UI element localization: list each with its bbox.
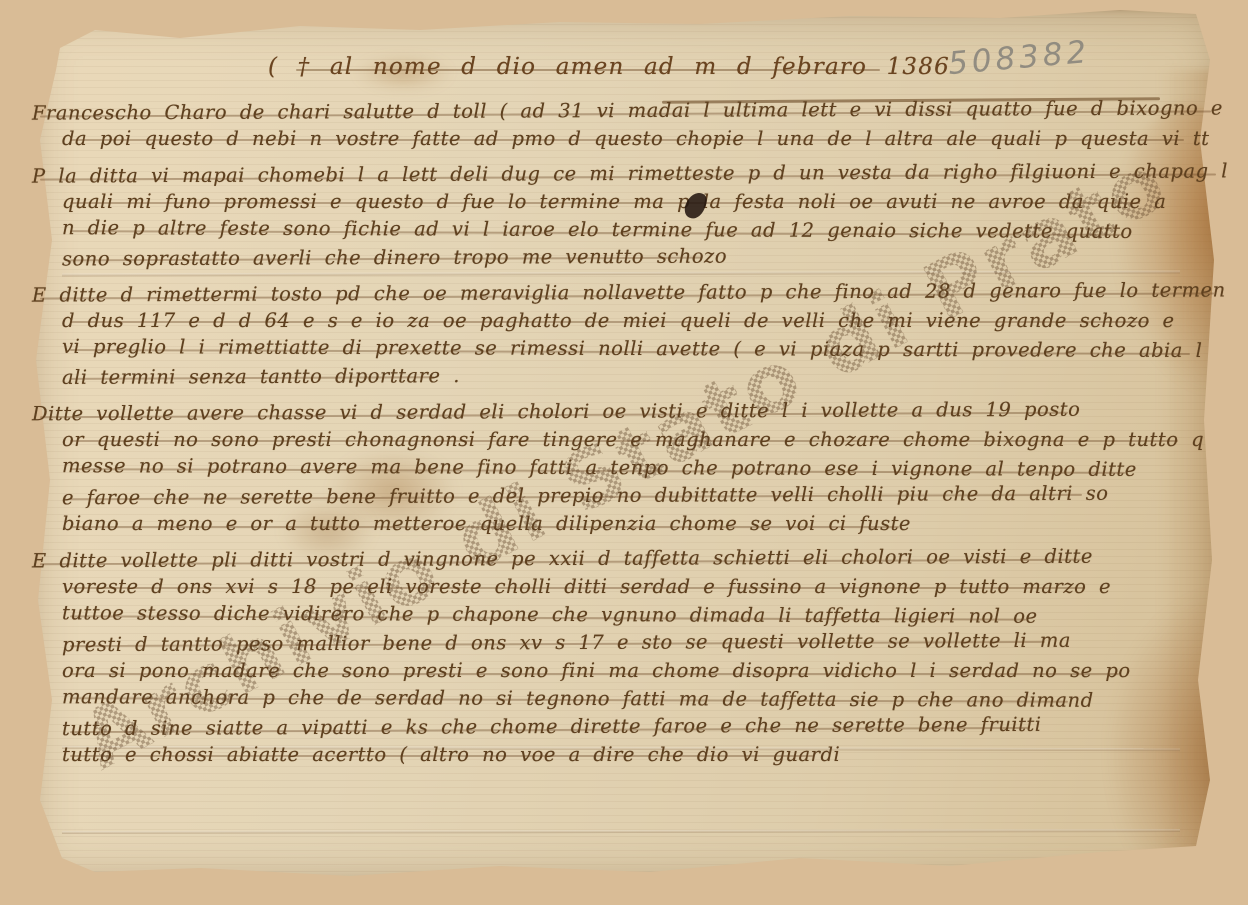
manuscript-line: E ditte vollette pli ditti vostri d ving… [32, 543, 1093, 576]
paragraph: Ditte vollette avere chasse vi d serdad … [32, 398, 1182, 538]
letter-body: Francescho Charo de chari salutte d toll… [32, 97, 1182, 776]
invocation-header: ( † al nome d dio amen ad m d febraro 13… [268, 54, 950, 80]
manuscript-line: n die p altre feste sono fichie ad vi l … [62, 214, 1133, 246]
manuscript-line: voreste d ons xvi s 18 pe eli voreste ch… [62, 573, 1111, 601]
paragraph: Francescho Charo de chari salutte d toll… [32, 97, 1182, 153]
manuscript-line: Francescho Charo de chari salutte d toll… [32, 94, 1223, 127]
manuscript-line: P la ditta vi mapai chomebi l a lett del… [32, 157, 1228, 190]
manuscript-line: ali termini senza tantto diporttare . [62, 362, 460, 392]
manuscript-line: ora si pono madare che sono presti e son… [62, 657, 1131, 685]
paragraph: E ditte d rimettermi tosto pd che oe mer… [32, 279, 1182, 391]
manuscript-line: tutto d sine siatte a vipatti e ks che c… [62, 711, 1042, 743]
paragraph: E ditte vollette pli ditti vostri d ving… [32, 545, 1182, 769]
manuscript-line: tutto e chossi abiatte acertto ( altro n… [62, 741, 840, 769]
manuscript-line: presti d tantto peso mallior bene d ons … [62, 627, 1071, 659]
manuscript-line: da poi questo d nebi n vostre fatte ad p… [62, 125, 1210, 153]
manuscript-line: e faroe che ne serette bene fruitto e de… [62, 480, 1109, 513]
paragraph: P la ditta vi mapai chomebi l a lett del… [32, 160, 1182, 272]
manuscript-line: d dus 117 e d d 64 e s e io za oe paghat… [62, 307, 1175, 335]
manuscript-line: tuttoe stesso diche vidirero che p chapo… [62, 599, 1038, 630]
manuscript-line: vi preglio l i rimettiatte di prexette s… [62, 333, 1202, 365]
manuscript-line: Ditte vollette avere chasse vi d serdad … [32, 396, 1080, 429]
manuscript-line: quali mi funo promessi e questo d fue lo… [62, 188, 1166, 216]
manuscript-line: E ditte d rimettermi tosto pd che oe mer… [32, 276, 1226, 309]
manuscript-line: mandare anchora p che de serdad no si te… [62, 683, 1094, 715]
manuscript-line: biano a meno e or a tutto metteroe quell… [62, 510, 911, 538]
fold-crease [62, 829, 1180, 834]
manuscript-line: messe no si potrano avere ma bene fino f… [62, 452, 1137, 484]
manuscript-line: or questi no sono presti chonagnonsi far… [62, 426, 1204, 454]
manuscript-line: sono soprastatto averli che dinero tropo… [62, 243, 727, 274]
